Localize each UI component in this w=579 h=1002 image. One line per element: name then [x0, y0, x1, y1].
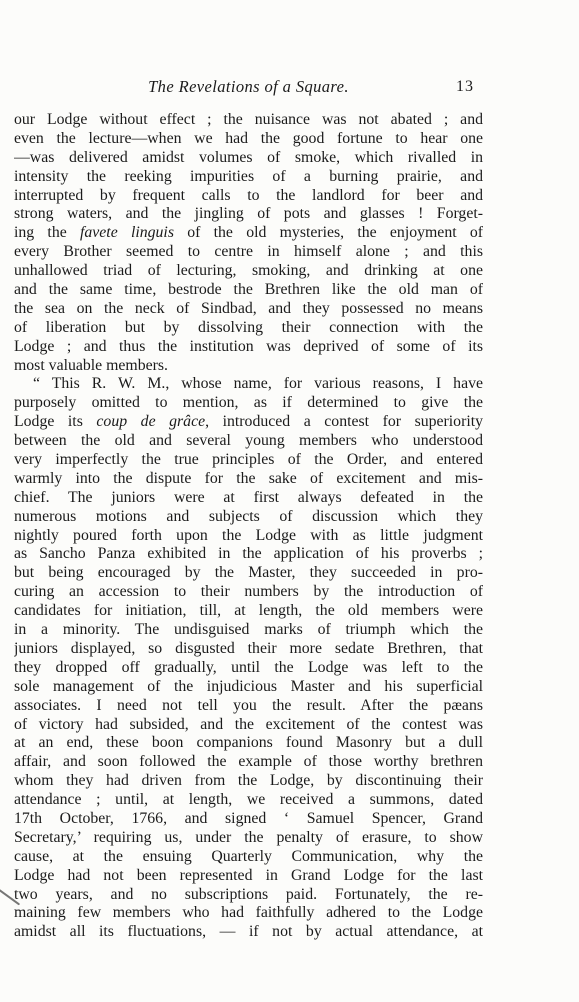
- text-line: maining few members who had faithfully a…: [14, 904, 483, 923]
- text-run: , introduced a contest for superiority: [205, 413, 483, 430]
- text-line: numerous motions and subjects of discuss…: [14, 508, 483, 527]
- text-line: candidates for initiation, till, at leng…: [14, 602, 483, 621]
- text-line: associates. I need not tell you the resu…: [14, 697, 483, 716]
- text-line: intensity the reeking impurities of a bu…: [14, 168, 483, 187]
- page-number: 13: [456, 76, 474, 98]
- text-line: strong waters, and the jingling of pots …: [14, 205, 483, 224]
- text-line: every Brother seemed to centre in himsel…: [14, 243, 483, 262]
- text-line: chief. The juniors were at first always …: [14, 489, 483, 508]
- text-line: juniors displayed, so disgusted their mo…: [14, 640, 483, 659]
- text-run: of the old mysteries, the enjoyment of: [174, 224, 483, 241]
- text-line: purposely omitted to mention, as if dete…: [14, 394, 483, 413]
- text-line: cause, at the ensuing Quarterly Communic…: [14, 848, 483, 867]
- page-header: The Revelations of a Square. 13: [14, 76, 483, 98]
- italic-phrase: favete linguis: [80, 224, 174, 241]
- text-line: affair, and soon followed the example of…: [14, 753, 483, 772]
- text-line: very imperfectly the true principles of …: [14, 451, 483, 470]
- text-line: sole management of the injudicious Maste…: [14, 678, 483, 697]
- book-page: The Revelations of a Square. 13 our Lodg…: [0, 0, 579, 1002]
- text-line: the sea on the neck of Sindbad, and they…: [14, 300, 483, 319]
- text-line: Secretary,’ requiring us, under the pena…: [14, 829, 483, 848]
- text-line: curing an accession to their numbers by …: [14, 583, 483, 602]
- text-line: Lodge its coup de grâce, introduced a co…: [14, 413, 483, 432]
- text-line: unhallowed triad of lecturing, smoking, …: [14, 262, 483, 281]
- text-line: even the lecture—when we had the good fo…: [14, 130, 483, 149]
- text-run: ing the: [14, 224, 80, 241]
- text-line: nightly poured forth upon the Lodge with…: [14, 527, 483, 546]
- italic-phrase: coup de grâce: [96, 413, 205, 430]
- text-line: between the old and several young member…: [14, 432, 483, 451]
- text-line: our Lodge without effect ; the nuisance …: [14, 111, 483, 130]
- text-line: of victory had subsided, and the excitem…: [14, 716, 483, 735]
- text-line: but being encouraged by the Master, they…: [14, 564, 483, 583]
- text-line: and the same time, bestrode the Brethren…: [14, 281, 483, 300]
- text-run: Lodge its: [14, 413, 96, 430]
- text-line: warmly into the dispute for the sake of …: [14, 470, 483, 489]
- text-line: attendance ; until, at length, we receiv…: [14, 791, 483, 810]
- text-line: “ This R. W. M., whose name, for various…: [14, 375, 483, 394]
- text-line: most valuable members.: [14, 357, 483, 376]
- text-line: Lodge had not been represented in Grand …: [14, 867, 483, 886]
- text-line: ing the favete linguis of the old myster…: [14, 224, 483, 243]
- text-line: as Sancho Panza exhibited in the applica…: [14, 545, 483, 564]
- page-body: our Lodge without effect ; the nuisance …: [14, 111, 483, 942]
- text-line: whom they had driven from the Lodge, by …: [14, 772, 483, 791]
- text-line: 17th October, 1766, and signed ‘ Samuel …: [14, 810, 483, 829]
- text-line: Lodge ; and thus the institution was dep…: [14, 338, 483, 357]
- text-line: they dropped off gradually, until the Lo…: [14, 659, 483, 678]
- running-title: The Revelations of a Square.: [14, 76, 483, 98]
- text-line: at an end, these boon companions found M…: [14, 734, 483, 753]
- text-line: of liberation but by dissolving their co…: [14, 319, 483, 338]
- text-line: interrupted by frequent calls to the lan…: [14, 187, 483, 206]
- text-line: —was delivered amidst volumes of smoke, …: [14, 149, 483, 168]
- text-line: two years, and no subscriptions paid. Fo…: [14, 886, 483, 905]
- text-line: amidst all its fluctuations, — if not by…: [14, 923, 483, 942]
- text-line: in a minority. The undisguised marks of …: [14, 621, 483, 640]
